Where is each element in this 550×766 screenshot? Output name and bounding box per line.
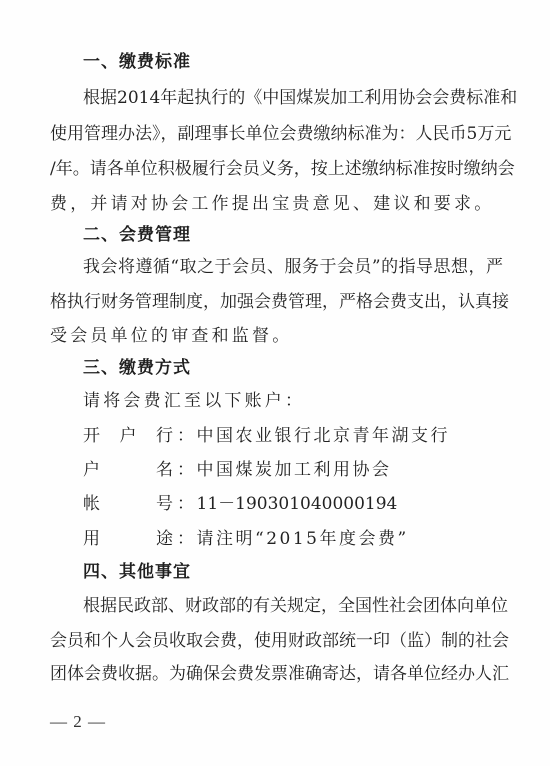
paragraph-line: 格执行财务管理制度，加强会费管理，严格会费支出，认真接	[50, 291, 502, 313]
payment-intro: 请将会费汇至以下账户：	[83, 390, 503, 412]
paragraph-line: 根据2014年起执行的《中国煤炭加工利用协会会费标准和	[83, 87, 503, 109]
account-separator: ：	[177, 460, 197, 480]
account-value: 11－190301040000194	[197, 494, 398, 514]
account-label: 用途	[83, 528, 173, 550]
section-heading-fee-standard: 一、缴费标准	[83, 51, 503, 73]
paragraph-line: 使用管理办法》，副理事长单位会费缴纳标准为：人民币5万元	[50, 123, 502, 145]
section-heading-other-matters: 四、其他事宜	[83, 561, 503, 583]
account-row-name: 户名：中国煤炭加工利用协会	[83, 459, 535, 481]
paragraph-line: /年。请各单位积极履行会员义务，按上述缴纳标准按时缴纳会	[50, 158, 502, 180]
account-value: 请注明“2015年度会费”	[197, 529, 409, 549]
section-heading-payment-method: 三、缴费方式	[83, 357, 503, 379]
account-value: 中国煤炭加工利用协会	[197, 460, 392, 480]
page-number: — 2 —	[50, 712, 106, 732]
account-separator: ：	[177, 494, 197, 514]
paragraph-line: 会员和个人会员收取会费，使用财政部统一印（监）制的社会	[50, 630, 502, 652]
account-separator: ：	[177, 529, 197, 549]
section-heading-fee-management: 二、会费管理	[83, 224, 503, 246]
account-label: 开户行	[83, 425, 173, 447]
account-label: 户名	[83, 459, 173, 481]
paragraph-line: 根据民政部、财政部的有关规定，全国性社会团体向单位	[83, 595, 503, 617]
paragraph-line: 我会将遵循“取之于会员、服务于会员”的指导思想，严	[83, 256, 503, 278]
paragraph-line: 受会员单位的审查和监督。	[50, 325, 502, 347]
paragraph-line: 费，并请对协会工作提出宝贵意见、建议和要求。	[50, 193, 502, 215]
account-row-purpose: 用途：请注明“2015年度会费”	[83, 528, 535, 550]
paragraph-line: 团体会费收据。为确保会费发票准确寄达，请各单位经办人汇	[50, 663, 502, 685]
account-row-bank: 开户行：中国农业银行北京青年湖支行	[83, 425, 535, 447]
account-row-number: 帐号：11－190301040000194	[83, 493, 535, 515]
account-label: 帐号	[83, 493, 173, 515]
account-separator: ：	[177, 426, 197, 446]
document-page: 一、缴费标准 根据2014年起执行的《中国煤炭加工利用协会会费标准和 使用管理办…	[0, 0, 550, 766]
account-value: 中国农业银行北京青年湖支行	[197, 426, 451, 446]
